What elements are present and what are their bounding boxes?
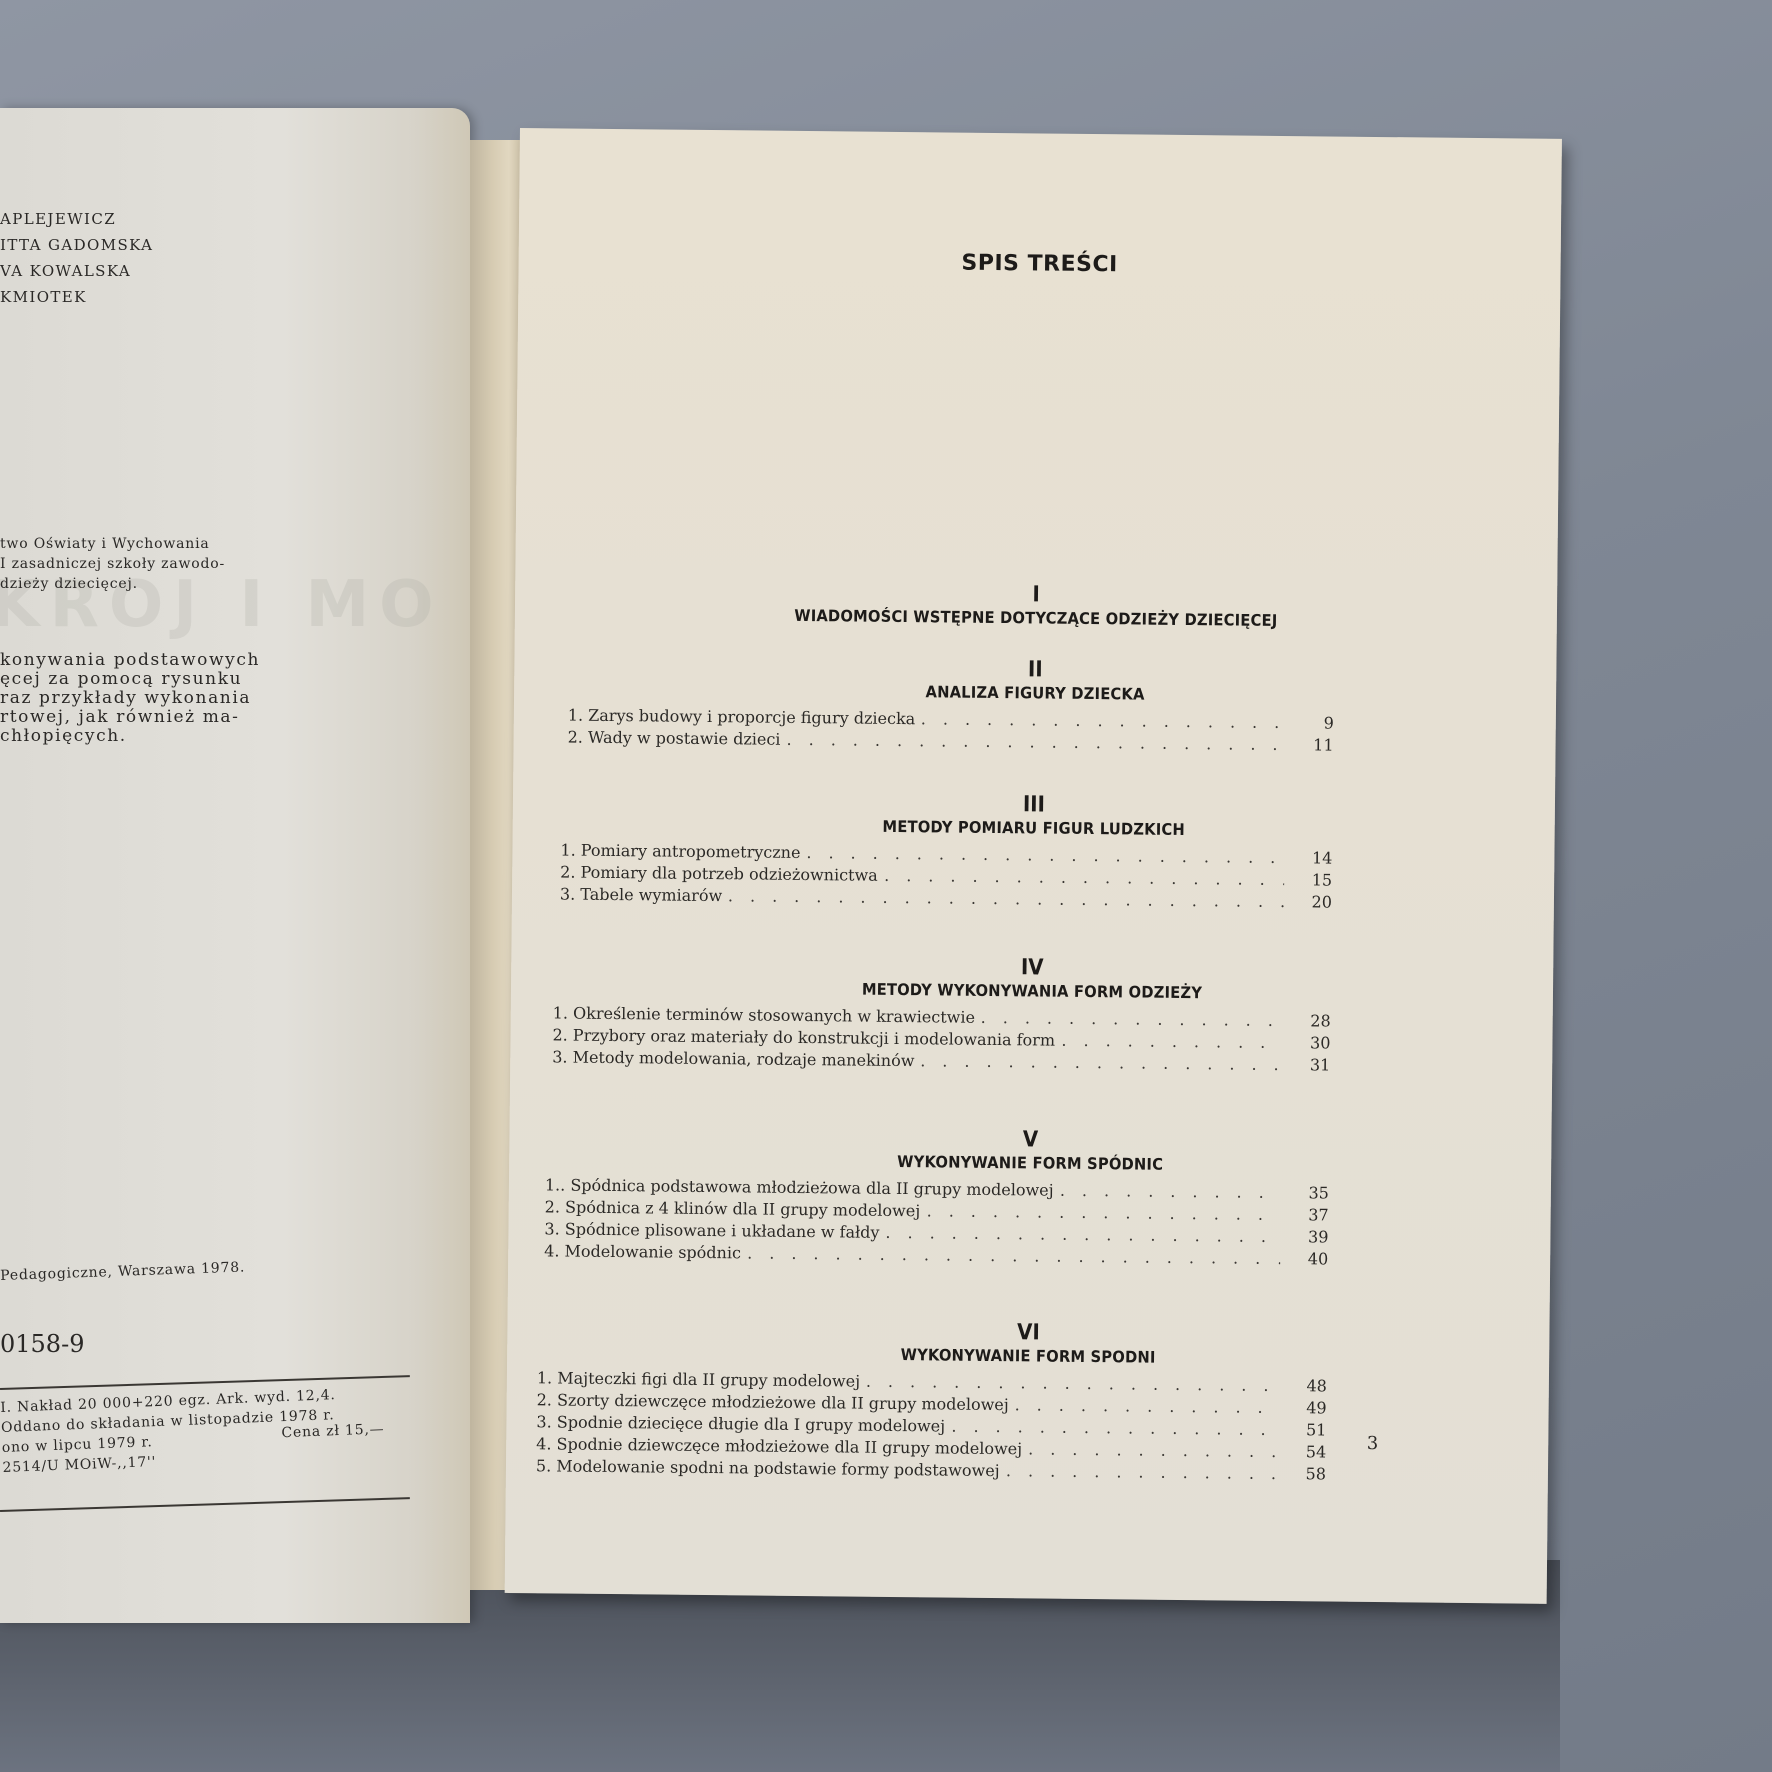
- copyright-line: Pedagogiczne, Warszawa 1978.: [0, 1259, 245, 1284]
- leader-dots: ........................................…: [951, 1417, 1278, 1439]
- page-number: 3: [1367, 1433, 1379, 1454]
- divider-top: [0, 1375, 410, 1390]
- chapter: IIIMETODY POMIARU FIGUR LUDZKICH1. Pomia…: [512, 788, 1555, 917]
- toc-title: SPIS TREŚCI: [519, 246, 1561, 282]
- entry-label: 2. Szorty dziewczęce młodzieżowe dla II …: [537, 1390, 1009, 1414]
- leader-dots: ........................................…: [1015, 1395, 1279, 1417]
- chapter: VWYKONYWANIE FORM SPÓDNIC1.. Spódnica po…: [508, 1123, 1551, 1274]
- entry-label: 1.. Spódnica podstawowa młodzieżowa dla …: [545, 1175, 1054, 1199]
- entry-list: [575, 631, 1335, 639]
- entry-page: 49: [1287, 1398, 1327, 1417]
- entry-label: 2. Wady w postawie dzieci: [568, 728, 781, 749]
- description-line: konywania podstawowych: [0, 650, 260, 670]
- entry-label: 3. Spódnice plisowane i układane w fałdy: [544, 1219, 879, 1242]
- entry-label: 4. Spodnie dziewczęce młodzieżowe dla II…: [536, 1434, 1022, 1458]
- leader-dots: ........................................…: [866, 1372, 1279, 1395]
- table-of-contents: SPIS TREŚCI IWIADOMOŚCI WSTĘPNE DOTYCZĄC…: [505, 128, 1562, 1604]
- entry-page: 35: [1289, 1183, 1329, 1202]
- entry-label: 1. Pomiary antropometryczne: [560, 840, 800, 862]
- entry-list: 1. Pomiary antropometryczne.............…: [560, 840, 1333, 914]
- entry-label: 2. Pomiary dla potrzeb odzieżownictwa: [560, 862, 878, 884]
- divider-bottom: [0, 1497, 410, 1512]
- leader-dots: ........................................…: [806, 843, 1284, 867]
- leader-dots: ........................................…: [1006, 1461, 1278, 1483]
- entry-label: 4. Modelowanie spódnic: [544, 1241, 741, 1262]
- entry-label: 1. Określenie terminów stosowanych w kra…: [553, 1003, 975, 1026]
- entry-list: 1.. Spódnica podstawowa młodzieżowa dla …: [544, 1175, 1329, 1271]
- entry-label: 2. Przybory oraz materiały do konstrukcj…: [552, 1025, 1055, 1049]
- entry-page: 54: [1286, 1442, 1326, 1461]
- entry-label: 1. Zarys budowy i proporcje figury dziec…: [568, 706, 916, 729]
- description-line: raz przykłady wykonania: [0, 688, 251, 708]
- chapter: IWIADOMOŚCI WSTĘPNE DOTYCZĄCE ODZIEŻY DZ…: [515, 578, 1557, 641]
- entry-page: 9: [1294, 713, 1334, 732]
- description-line: rtowej, jak również ma-: [0, 707, 240, 727]
- leader-dots: ........................................…: [884, 866, 1284, 889]
- left-page: KROJ I MO APLEJEWICZ ITTA GADOMSKA VA KO…: [0, 108, 470, 1623]
- entry-list: 1. Zarys budowy i proporcje figury dziec…: [567, 706, 1333, 758]
- description-line: ęcej za pomocą rysunku: [0, 669, 242, 689]
- description-line: chłopięcych.: [0, 726, 127, 746]
- entry-page: 14: [1292, 848, 1332, 867]
- entry-label: 3. Metody modelowania, rodzaje manekinów: [552, 1047, 914, 1070]
- approval-line: two Oświaty i Wychowania: [0, 536, 210, 552]
- colophon-line: ono w lipcu 1979 r.: [2, 1434, 153, 1456]
- entry-page: 51: [1286, 1420, 1326, 1439]
- entry-page: 15: [1292, 870, 1332, 889]
- chapter: IIANALIZA FIGURY DZIECKA1. Zarys budowy …: [513, 653, 1556, 760]
- author-2: ITTA GADOMSKA: [0, 236, 153, 254]
- leader-dots: ........................................…: [981, 1008, 1283, 1030]
- approval-line: dzieży dziecięcej.: [0, 576, 138, 592]
- right-page: SPIS TREŚCI IWIADOMOŚCI WSTĘPNE DOTYCZĄC…: [505, 128, 1562, 1604]
- entry-label: 1. Majteczki figi dla II grupy modelowej: [537, 1368, 860, 1390]
- entry-page: 37: [1289, 1205, 1329, 1224]
- leader-dots: ........................................…: [927, 1201, 1281, 1224]
- author-3: VA KOWALSKA: [0, 262, 131, 280]
- entry-page: 58: [1286, 1464, 1326, 1483]
- chapter: VIWYKONYWANIE FORM SPODNI1. Majteczki fi…: [506, 1316, 1550, 1489]
- colophon-line: 2514/U MOiW-,,17'': [2, 1454, 156, 1476]
- leader-dots: ........................................…: [1028, 1439, 1278, 1461]
- entry-label: 5. Modelowanie spodni na podstawie formy…: [536, 1456, 1000, 1480]
- author-1: APLEJEWICZ: [0, 210, 116, 228]
- chapter-list: IWIADOMOŚCI WSTĘPNE DOTYCZĄCE ODZIEŻY DZ…: [520, 128, 1562, 139]
- author-4: KMIOTEK: [0, 288, 87, 306]
- approval-line: I zasadniczej szkoły zawodo-: [0, 556, 225, 572]
- entry-page: 11: [1293, 735, 1333, 754]
- leader-dots: ........................................…: [1060, 1181, 1281, 1202]
- entry-page: 20: [1292, 892, 1332, 911]
- entry-list: 1. Majteczki figi dla II grupy modelowej…: [536, 1368, 1327, 1486]
- entry-label: 2. Spódnica z 4 klinów dla II grupy mode…: [545, 1197, 921, 1220]
- entry-page: 40: [1288, 1249, 1328, 1268]
- leader-dots: ........................................…: [921, 709, 1286, 732]
- entry-label: 3. Spodnie dziecięce długie dla I grupy …: [536, 1412, 945, 1435]
- entry-list: 1. Określenie terminów stosowanych w kra…: [552, 1003, 1331, 1077]
- entry-page: 28: [1291, 1011, 1331, 1030]
- entry-page: 31: [1290, 1055, 1330, 1074]
- entry-page: 30: [1290, 1033, 1330, 1052]
- chapter: IVMETODY WYKONYWANIA FORM ODZIEŻY1. Okre…: [510, 951, 1553, 1080]
- leader-dots: ........................................…: [787, 730, 1286, 754]
- entry-label: 3. Tabele wymiarów: [560, 884, 722, 905]
- price: Cena zł 15,—: [281, 1421, 385, 1441]
- entry-page: 39: [1288, 1227, 1328, 1246]
- leader-dots: ........................................…: [1061, 1031, 1282, 1052]
- leader-dots: ........................................…: [885, 1223, 1280, 1246]
- isbn: 0158-9: [0, 1330, 84, 1358]
- entry-page: 48: [1287, 1376, 1327, 1395]
- leader-dots: ........................................…: [920, 1051, 1282, 1074]
